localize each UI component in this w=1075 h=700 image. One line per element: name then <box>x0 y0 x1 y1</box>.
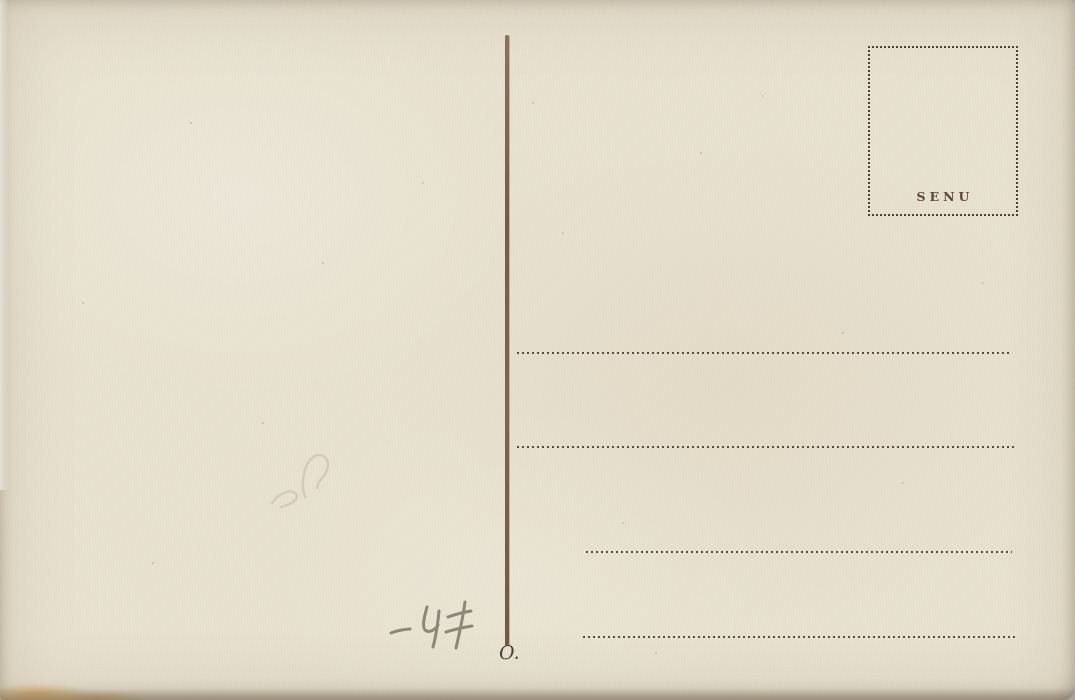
scanned-postcard-scene: SENU O. <box>0 0 1075 700</box>
address-line-2 <box>517 446 1014 448</box>
address-line-4 <box>583 636 1015 638</box>
bottom-edge-shadow <box>0 688 1075 700</box>
paper-speckles <box>0 0 2 2</box>
faint-pencil-squiggle <box>272 455 328 507</box>
card-left-edge-highlight <box>0 0 8 490</box>
postcard-back: SENU O. <box>0 0 1075 700</box>
printer-mark: O. <box>499 642 520 665</box>
center-divider-rule <box>505 35 509 646</box>
stamp-box-label: SENU <box>870 189 1016 204</box>
address-line-1 <box>517 352 1011 354</box>
pencil-annotation <box>391 602 472 648</box>
address-line-3 <box>586 551 1012 553</box>
stamp-box: SENU <box>868 46 1018 216</box>
